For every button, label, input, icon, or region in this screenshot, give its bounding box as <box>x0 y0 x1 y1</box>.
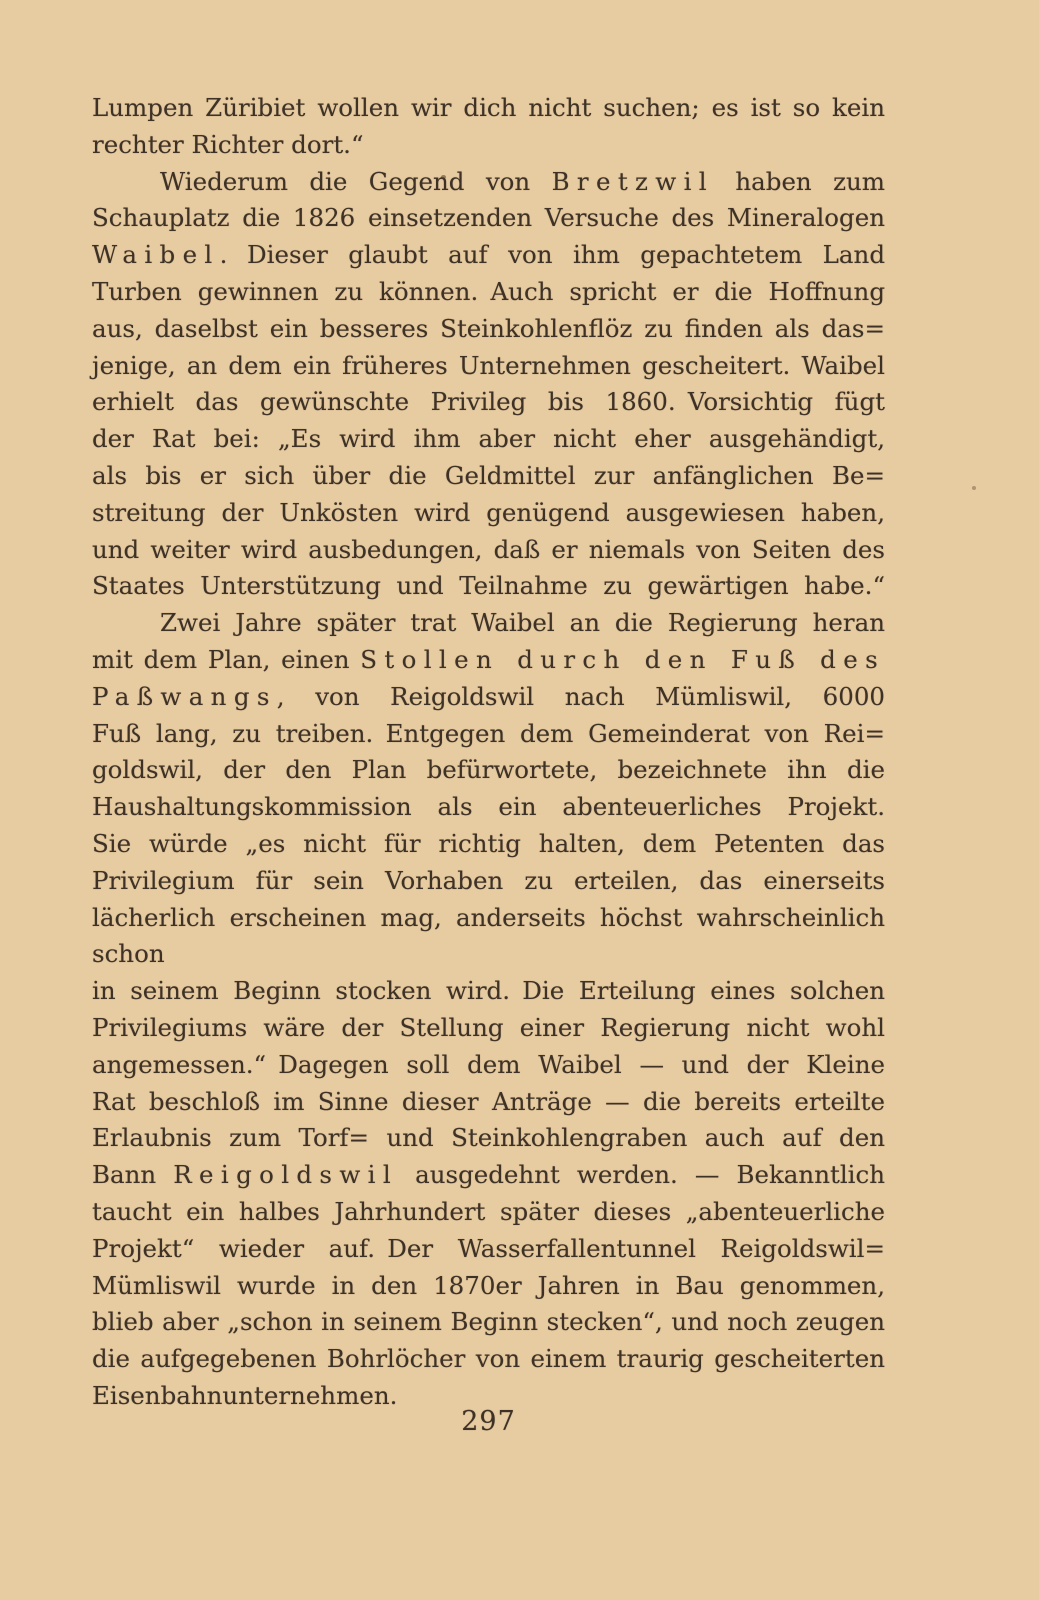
text-line: als bis er sich über die Geldmittel zur … <box>92 458 885 495</box>
text-line: streitung der Unkösten wird genügend aus… <box>92 495 885 532</box>
text-line: Privilegium für sein Vorhaben zu erteile… <box>92 863 885 900</box>
text-line: Privilegiums wäre der Stellung einer Reg… <box>92 1010 885 1047</box>
text-line: Staates Unterstützung und Teilnahme zu g… <box>92 568 885 605</box>
text-line: in seinem Beginn stocken wird. Die Ertei… <box>92 973 885 1010</box>
text-line: Zwei Jahre später trat Waibel an die Reg… <box>92 605 885 642</box>
text-line: taucht ein halbes Jahrhundert später die… <box>92 1194 885 1231</box>
letterspaced-text: Paßwangs <box>92 682 277 711</box>
letterspaced-text: Stollen durch den Fuß des <box>360 645 885 674</box>
text-line: Lumpen Züribiet wollen wir dich nicht su… <box>92 90 885 127</box>
text-segment: Fuß lang, zu treiben. Entgegen dem Gemei… <box>92 719 885 748</box>
text-segment: Sie würde „es nicht für richtig halten, … <box>92 829 885 858</box>
paper-speck <box>972 486 976 490</box>
text-segment: Bann <box>92 1160 173 1189</box>
text-segment: angemessen.“ Dagegen soll dem Waibel — u… <box>92 1050 885 1079</box>
text-line: Erlaubnis zum Torf= und Steinkohlengrabe… <box>92 1120 885 1157</box>
page-number: 297 <box>92 1406 885 1437</box>
text-segment: streitung der Unkösten wird genügend aus… <box>92 498 885 527</box>
text-line: rechter Richter dort.“ <box>92 127 885 164</box>
text-segment: Staates Unterstützung und Teilnahme zu g… <box>92 571 885 600</box>
text-line: Haushaltungskommission als ein abenteuer… <box>92 789 885 826</box>
book-page: Lumpen Züribiet wollen wir dich nicht su… <box>0 0 1039 1600</box>
text-segment: taucht ein halbes Jahrhundert später die… <box>92 1197 885 1226</box>
text-line: goldswil, der den Plan befürwortete, bez… <box>92 752 885 789</box>
text-line: Projekt“ wieder auf. Der Wasserfallentun… <box>92 1231 885 1268</box>
text-block: Lumpen Züribiet wollen wir dich nicht su… <box>92 90 885 1415</box>
text-segment: mit dem Plan, einen <box>92 645 360 674</box>
text-segment: , von Reigoldswil nach Mümliswil, 6000 <box>277 682 885 711</box>
text-line: Rat beschloß im Sinne dieser Anträge — d… <box>92 1084 885 1121</box>
text-line: Bann Reigoldswil ausgedehnt werden. — Be… <box>92 1157 885 1194</box>
text-line: mit dem Plan, einen Stollen durch den Fu… <box>92 642 885 679</box>
text-line: Waibel. Dieser glaubt auf von ihm gepach… <box>92 237 885 274</box>
text-segment: Mümliswil wurde in den 1870er Jahren in … <box>92 1271 885 1300</box>
text-segment: Privilegium für sein Vorhaben zu erteile… <box>92 866 885 895</box>
text-segment: ausgedehnt werden. — Bekanntlich <box>398 1160 885 1189</box>
text-line: Schauplatz die 1826 einsetzenden Versuch… <box>92 200 885 237</box>
text-line: Mümliswil wurde in den 1870er Jahren in … <box>92 1268 885 1305</box>
text-segment: Schauplatz die 1826 einsetzenden Versuch… <box>92 203 885 232</box>
text-segment: Zwei Jahre später trat Waibel an die Reg… <box>160 608 885 637</box>
text-line: der Rat bei: „Es wird ihm aber nicht ehe… <box>92 421 885 458</box>
text-line: Sie würde „es nicht für richtig halten, … <box>92 826 885 863</box>
text-line: aus, daselbst ein besseres Steinkohlenfl… <box>92 311 885 348</box>
text-segment: jenige, an dem ein früheres Unternehmen … <box>92 351 885 380</box>
text-segment: der Rat bei: „Es wird ihm aber nicht ehe… <box>92 424 885 453</box>
text-segment: die aufgegebenen Bohrlöcher von einem tr… <box>92 1344 885 1373</box>
text-segment: als bis er sich über die Geldmittel zur … <box>92 461 885 490</box>
text-segment: Turben gewinnen zu können. Auch spricht … <box>92 277 885 306</box>
text-segment: blieb aber „schon in seinem Beginn steck… <box>92 1307 885 1336</box>
text-line: erhielt das gewünschte Privileg bis 1860… <box>92 384 885 421</box>
text-line: Wiederum die Gegend von Bretzwil haben z… <box>92 164 885 201</box>
text-segment: Privilegiums wäre der Stellung einer Reg… <box>92 1013 885 1042</box>
text-line: angemessen.“ Dagegen soll dem Waibel — u… <box>92 1047 885 1084</box>
text-segment: Erlaubnis zum Torf= und Steinkohlengrabe… <box>92 1123 885 1152</box>
text-segment: und weiter wird ausbedungen, daß er niem… <box>92 535 885 564</box>
text-segment: aus, daselbst ein besseres Steinkohlenfl… <box>92 314 885 343</box>
text-segment: rechter Richter dort.“ <box>92 130 364 159</box>
text-line: Fuß lang, zu treiben. Entgegen dem Gemei… <box>92 716 885 753</box>
letterspaced-text: Reigoldswil <box>173 1160 398 1189</box>
text-line: blieb aber „schon in seinem Beginn steck… <box>92 1304 885 1341</box>
text-segment: lächerlich erscheinen mag, anderseits hö… <box>92 903 885 969</box>
text-segment: Lumpen Züribiet wollen wir dich nicht su… <box>92 93 885 122</box>
paper-speck <box>441 175 446 179</box>
text-segment: Haushaltungskommission als ein abenteuer… <box>92 792 885 821</box>
text-line: lächerlich erscheinen mag, anderseits hö… <box>92 900 885 974</box>
text-segment: haben zum <box>714 167 885 196</box>
text-line: Paßwangs, von Reigoldswil nach Mümliswil… <box>92 679 885 716</box>
text-segment: erhielt das gewünschte Privileg bis 1860… <box>92 387 885 416</box>
text-segment: Dieser glaubt auf von ihm gepachtetem La… <box>235 240 885 269</box>
text-line: und weiter wird ausbedungen, daß er niem… <box>92 532 885 569</box>
text-line: Turben gewinnen zu können. Auch spricht … <box>92 274 885 311</box>
letterspaced-text: Bretzwil <box>552 167 714 196</box>
text-segment: Rat beschloß im Sinne dieser Anträge — d… <box>92 1087 885 1116</box>
text-segment: Wiederum die Gegend von <box>160 167 552 196</box>
text-segment: goldswil, der den Plan befürwortete, bez… <box>92 755 885 784</box>
text-line: die aufgegebenen Bohrlöcher von einem tr… <box>92 1341 885 1378</box>
text-segment: Projekt“ wieder auf. Der Wasserfallentun… <box>92 1234 885 1263</box>
text-line: jenige, an dem ein früheres Unternehmen … <box>92 348 885 385</box>
letterspaced-text: Waibel. <box>92 240 235 269</box>
text-segment: in seinem Beginn stocken wird. Die Ertei… <box>92 976 885 1005</box>
